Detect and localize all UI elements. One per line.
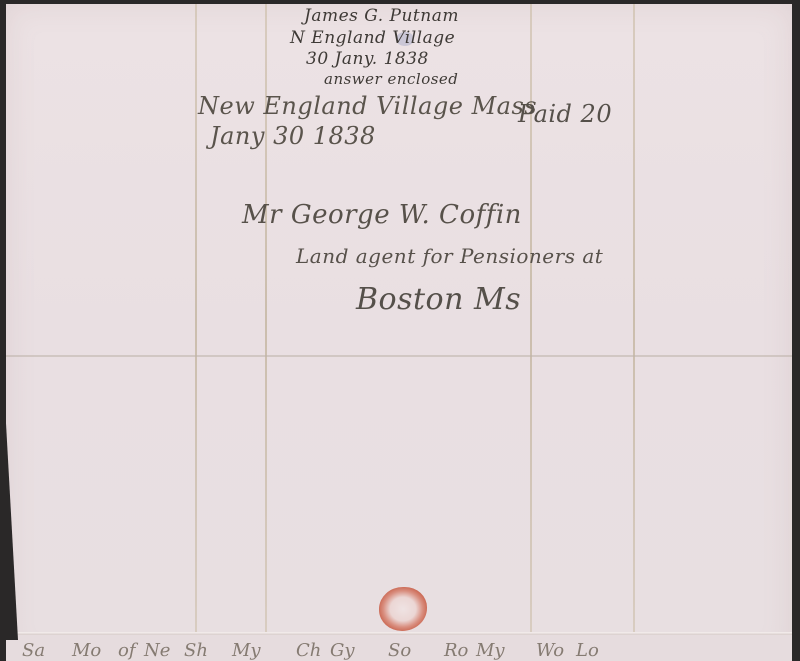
wax-seal <box>379 587 427 631</box>
bleed-text: My <box>476 640 505 661</box>
bleed-text: Ne <box>144 640 170 661</box>
fold-line-vertical-1 <box>195 4 197 634</box>
bleed-text: Mo <box>72 640 101 661</box>
bleed-text: Wo <box>536 640 564 661</box>
letter-sheet: James G. Putnam N England Village 30 Jan… <box>6 4 792 661</box>
docket-place: N England Village <box>290 28 455 48</box>
recipient-title: Land agent for Pensioners at <box>296 244 603 268</box>
docket-date: 30 Jany. 1838 <box>306 49 429 69</box>
bleed-text: Sa <box>22 640 45 661</box>
bleed-text: Lo <box>576 640 599 661</box>
postage-paid: Paid 20 <box>518 100 612 128</box>
bleed-text: of <box>118 640 136 661</box>
bleed-text: Gy <box>330 640 355 661</box>
postmark-date: Jany 30 1838 <box>210 122 376 150</box>
bleed-text: Sh <box>184 640 208 661</box>
docket-name: James G. Putnam <box>304 6 459 26</box>
bleed-text: So <box>388 640 411 661</box>
postmark-town: New England Village Mass <box>198 92 537 120</box>
bleed-text: Ch <box>296 640 321 661</box>
fold-line-horizontal <box>6 355 792 357</box>
bleed-text: My <box>232 640 261 661</box>
fold-line-vertical-4 <box>633 4 635 634</box>
bleed-text: Ro <box>444 640 468 661</box>
recipient-name: Mr George W. Coffin <box>242 200 522 230</box>
docket-note: answer enclosed <box>324 70 458 88</box>
recipient-city: Boston Ms <box>356 282 521 317</box>
